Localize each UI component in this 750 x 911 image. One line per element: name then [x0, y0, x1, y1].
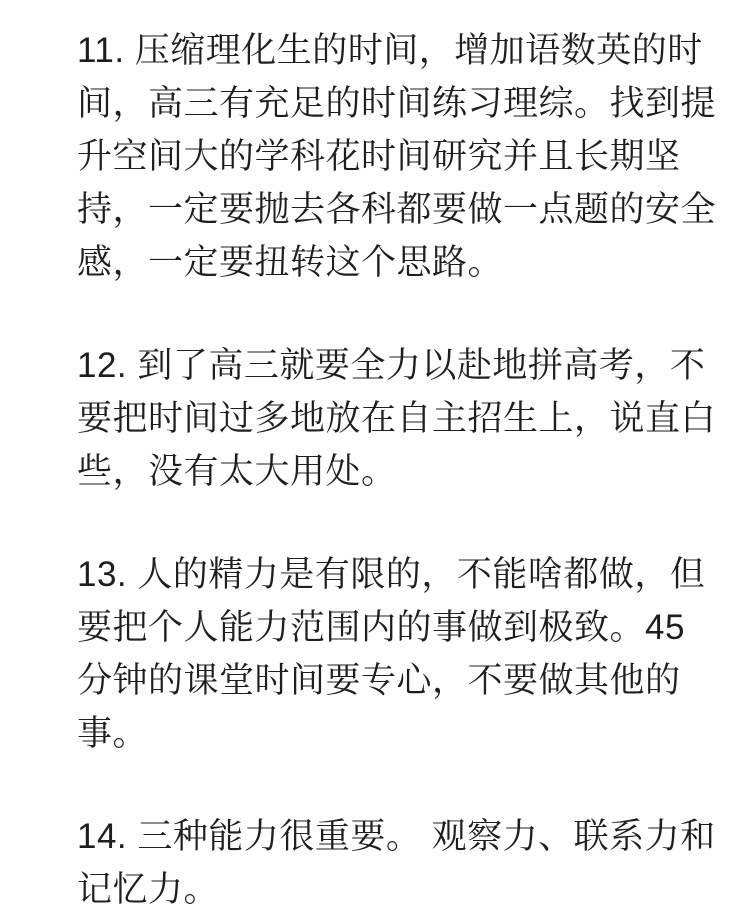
text-line: 要把个人能力范围内的事做到极致。45: [77, 601, 706, 654]
text-line: 间，高三有充足的时间练习理综。找到提: [77, 77, 706, 130]
document-page: 11. 压缩理化生的时间，增加语数英的时 间，高三有充足的时间练习理综。找到提 …: [0, 0, 750, 911]
paragraph-11: 11. 压缩理化生的时间，增加语数英的时 间，高三有充足的时间练习理综。找到提 …: [77, 24, 706, 289]
text-line: 14. 三种能力很重要。 观察力、联系力和: [77, 810, 706, 863]
text-line: 些，没有太大用处。: [77, 445, 706, 498]
text-line: 分钟的课堂时间要专心，不要做其他的: [77, 654, 706, 707]
text-line: 持，一定要抛去各科都要做一点题的安全: [77, 183, 706, 236]
text-line: 升空间大的学科花时间研究并且长期坚: [77, 130, 706, 183]
text-line: 感，一定要扭转这个思路。: [77, 236, 706, 289]
text-line: 11. 压缩理化生的时间，增加语数英的时: [77, 24, 706, 77]
text-line: 事。: [77, 707, 706, 760]
text-line: 记忆力。: [77, 863, 706, 911]
text-line: 13. 人的精力是有限的，不能啥都做，但: [77, 548, 706, 601]
text-line: 要把时间过多地放在自主招生上，说直白: [77, 392, 706, 445]
paragraph-12: 12. 到了高三就要全力以赴地拼高考，不 要把时间过多地放在自主招生上，说直白 …: [77, 339, 706, 498]
paragraph-14: 14. 三种能力很重要。 观察力、联系力和 记忆力。: [77, 810, 706, 911]
paragraph-13: 13. 人的精力是有限的，不能啥都做，但 要把个人能力范围内的事做到极致。45 …: [77, 548, 706, 760]
text-line: 12. 到了高三就要全力以赴地拼高考，不: [77, 339, 706, 392]
